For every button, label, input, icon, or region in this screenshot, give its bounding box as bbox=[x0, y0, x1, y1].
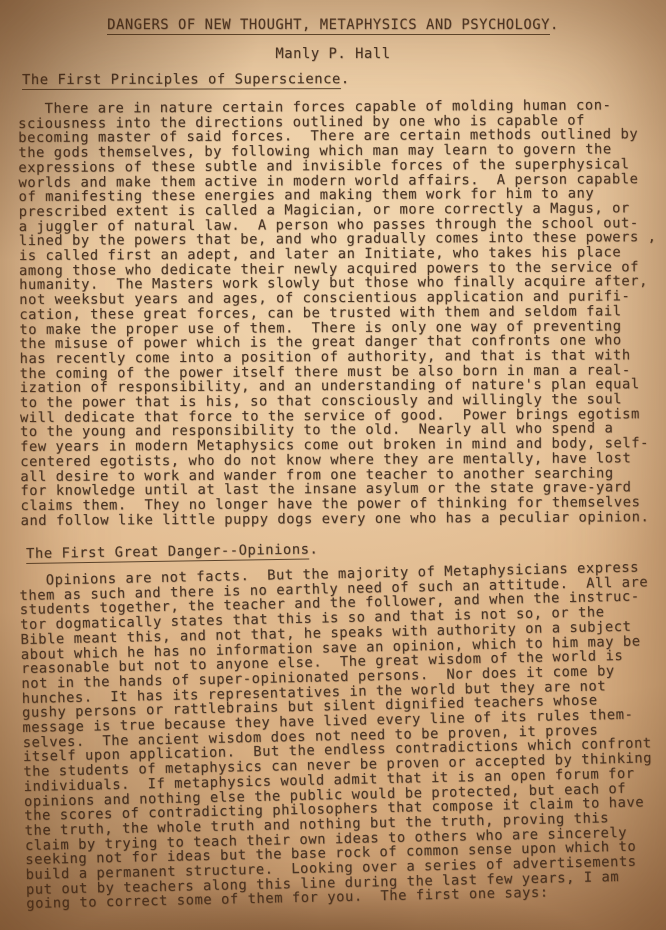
document-page: DANGERS OF NEW THOUGHT, METAPHYSICS AND … bbox=[0, 0, 666, 930]
section-2-body: Opinions are not facts. But the majority… bbox=[19, 560, 666, 912]
section-1-heading-period: . bbox=[341, 72, 350, 88]
byline: Manly P. Hall bbox=[0, 47, 666, 62]
section-2-heading: The First Great Danger--Opinions. bbox=[26, 536, 666, 561]
section-1-heading-text: The First Principles of Superscience bbox=[22, 72, 341, 91]
section-1-body: There are in nature certain forces capab… bbox=[18, 98, 666, 528]
document-title-period: . bbox=[550, 17, 559, 33]
section-2-heading-period: . bbox=[309, 541, 318, 557]
document-title: DANGERS OF NEW THOUGHT, METAPHYSICS AND … bbox=[0, 18, 666, 33]
document-title-text: DANGERS OF NEW THOUGHT, METAPHYSICS AND … bbox=[107, 17, 550, 35]
section-2-heading-text: The First Great Danger--Opinions bbox=[26, 541, 310, 563]
document-photo: DANGERS OF NEW THOUGHT, METAPHYSICS AND … bbox=[0, 0, 666, 930]
section-1-heading: The First Principles of Superscience. bbox=[22, 72, 666, 88]
